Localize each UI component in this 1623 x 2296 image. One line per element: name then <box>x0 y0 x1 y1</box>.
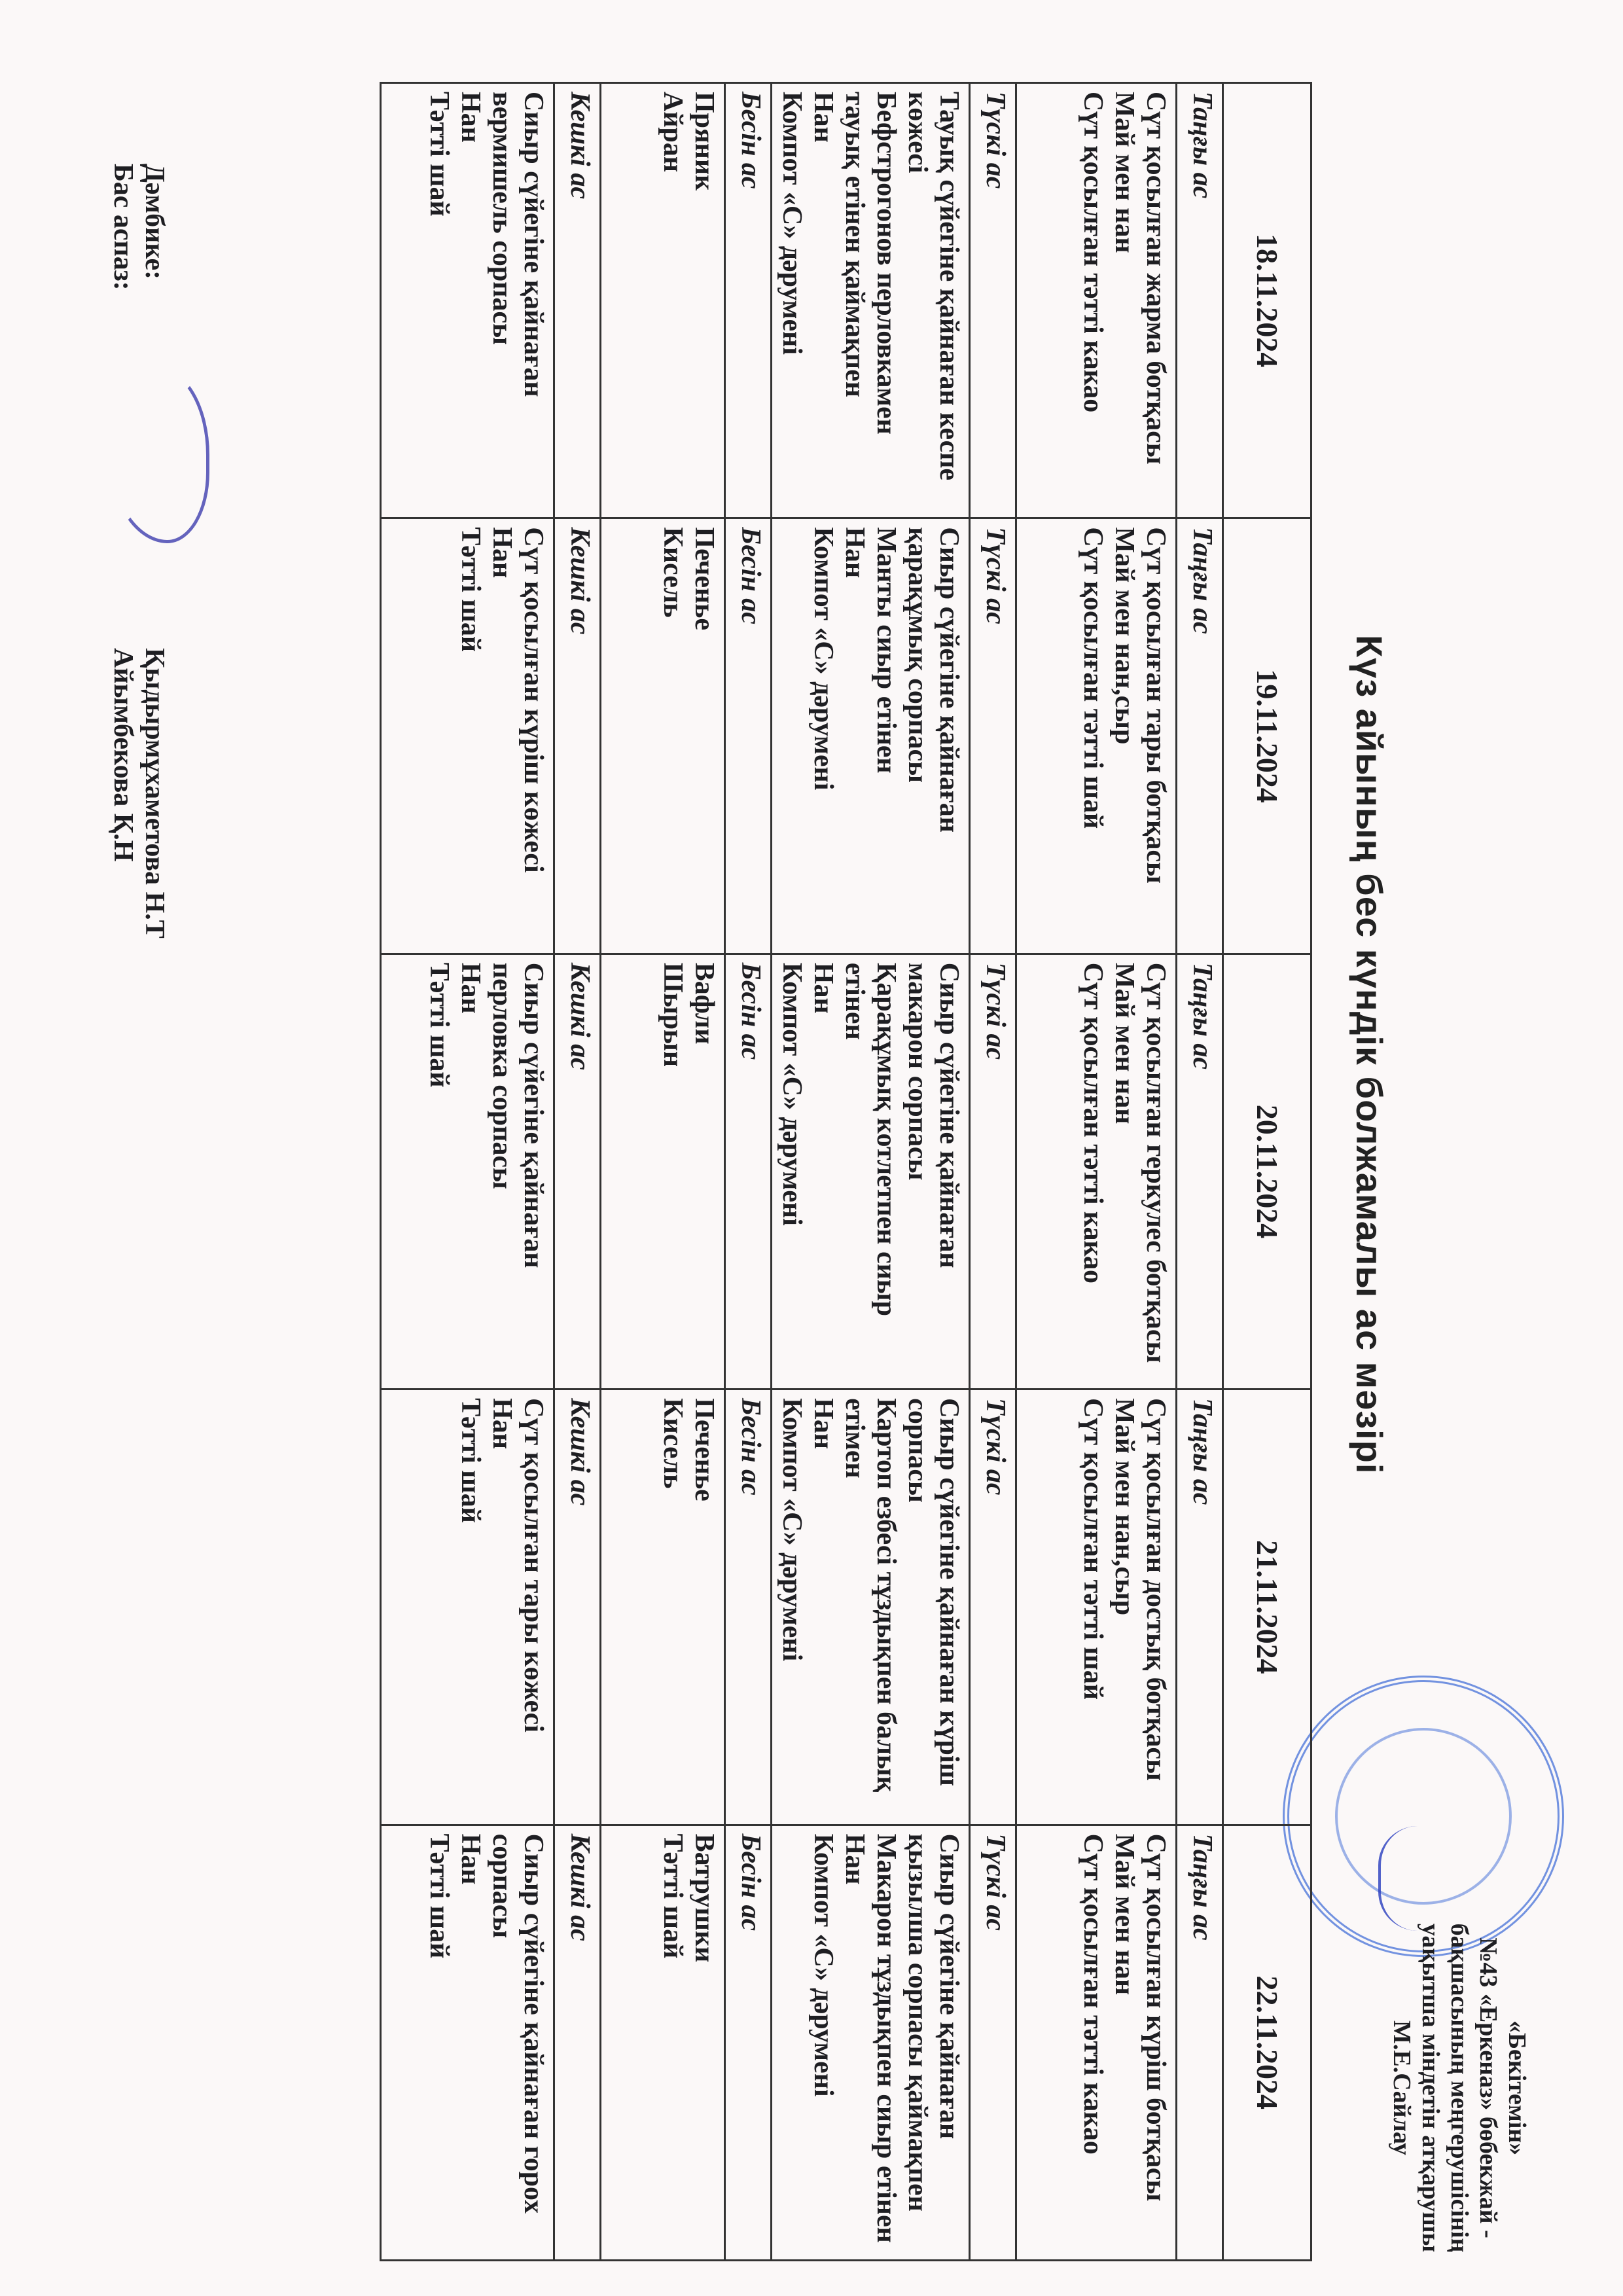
meal-label-lunch: Түскі ас <box>970 954 1016 1389</box>
menu-cell: Сиыр сүйегіне қайнаған күріш сорпасыКарт… <box>772 1390 970 1825</box>
menu-cell: Сиыр сүйегіне қайнаған қызылша сорпасы қ… <box>772 1825 970 2260</box>
dish-item: Сүт қосылған геркулес ботқасы <box>1140 963 1171 1380</box>
dish-item: Нан <box>486 1398 518 1816</box>
menu-cell: Сиыр сүйегіне қайнаған перловка сорпасыН… <box>381 954 554 1389</box>
menu-cell: ПряникАйран <box>601 83 725 518</box>
dish-item: Нан <box>808 963 839 1380</box>
dish-item: Тәтті шай <box>423 963 455 1380</box>
date-header: 21.11.2024 <box>1223 1390 1311 1825</box>
date-header: 20.11.2024 <box>1223 954 1311 1389</box>
dish-item: Сүт қосылған тәтті какао <box>1077 963 1109 1380</box>
menu-cell: Сүт қосылған тары ботқасыМай мен нан,сыр… <box>1016 518 1177 954</box>
dish-item: Айран <box>657 92 688 509</box>
meal-label-snack: Бесін ас <box>725 1825 772 2260</box>
dish-item: Тәтті шай <box>455 1398 486 1816</box>
dish-item: Компот «С» дәрумені <box>808 1834 839 2251</box>
dish-item: Кисель <box>657 527 688 944</box>
menu-cell: Сүт қосылған тары көжесіНанТәтті шай <box>381 1390 554 1825</box>
breakfast-items-row: Сүт қосылған жарма ботқасыМай мен нанСүт… <box>1016 83 1177 2261</box>
approval-line: «Бекітемін» <box>1503 1885 1531 2291</box>
dish-item: Компот «С» дәрумені <box>776 92 808 509</box>
dish-item: Тәтті шай <box>423 1834 455 2251</box>
dinner-items-row: Сиыр сүйегіне қайнаған вермишель сорпасы… <box>381 83 554 2261</box>
snack-label-row: Бесін асБесін асБесін асБесін асБесін ас <box>725 83 772 2261</box>
meal-label-breakfast: Таңғы ас <box>1177 1390 1223 1825</box>
menu-cell: Сүт қосылған күріш көжесіНанТәтті шай <box>381 518 554 954</box>
dish-item: Сүт қосылған достық ботқасы <box>1140 1398 1171 1816</box>
dish-item: Сүт қосылған күріш көжесі <box>518 527 549 944</box>
dish-item: Сүт қосылған тары ботқасы <box>1140 527 1171 944</box>
menu-cell: ВафлиШырын <box>601 954 725 1389</box>
dish-item: Вафли <box>688 963 720 1380</box>
dinner-label-row: Кешкі асКешкі асКешкі асКешкі асКешкі ас <box>554 83 601 2261</box>
menu-body: Таңғы асТаңғы асТаңғы асТаңғы асТаңғы ас… <box>381 83 1223 2261</box>
dish-item: Компот «С» дәрумені <box>808 527 839 944</box>
dish-item: Макарон тұздықпен сиыр етінен <box>870 1834 902 2251</box>
dish-item: Печенье <box>688 527 720 944</box>
snack-items-row: ПряникАйранПеченьеКисельВафлиШырынПечень… <box>601 83 725 2261</box>
dish-item: Тәтті шай <box>455 527 486 944</box>
approval-line: бақшасының меңгерушісінің <box>1445 1885 1474 2291</box>
menu-cell: ВатрушкиТәтті шай <box>601 1825 725 2260</box>
dish-item: Май мен нан <box>1109 1834 1140 2251</box>
meal-label-breakfast: Таңғы ас <box>1177 954 1223 1389</box>
breakfast-label-row: Таңғы асТаңғы асТаңғы асТаңғы асТаңғы ас <box>1177 83 1223 2261</box>
dish-item: Май мен нан <box>1109 92 1140 509</box>
dish-item: Сүт қосылған тары көжесі <box>518 1398 549 1816</box>
dish-item: Сиыр сүйегіне қайнаған горох сорпасы <box>486 1834 549 2251</box>
meal-label-breakfast: Таңғы ас <box>1177 518 1223 954</box>
dish-item: Тауық сүйегіне қайнаған кеспе көжесі <box>902 92 965 509</box>
signatory-name: Қыдырмұхаметова Н.Т <box>139 648 170 939</box>
dish-item: Сүт қосылған жарма ботқасы <box>1140 92 1171 509</box>
meal-label-dinner: Кешкі ас <box>554 1825 601 2260</box>
approval-line: уақытша міндетін атқарушы <box>1416 1885 1445 2291</box>
dish-item: Сиыр сүйегіне қайнаған қарақұмық сорпасы <box>902 527 965 944</box>
lunch-items-row: Тауық сүйегіне қайнаған кеспе көжесіБефс… <box>772 83 970 2261</box>
signatory-role: Дәмбике: <box>139 164 170 439</box>
meal-label-breakfast: Таңғы ас <box>1177 83 1223 518</box>
dish-item: Печенье <box>688 1398 720 1816</box>
meal-label-snack: Бесін ас <box>725 1390 772 1825</box>
date-header: 18.11.2024 <box>1223 83 1311 518</box>
meal-label-dinner: Кешкі ас <box>554 954 601 1389</box>
menu-cell: ПеченьеКисель <box>601 518 725 954</box>
menu-table: 18.11.2024 19.11.2024 20.11.2024 21.11.2… <box>380 82 1312 2261</box>
menu-cell: Сиыр сүйегіне қайнаған қарақұмық сорпасы… <box>772 518 970 954</box>
dish-item: Ватрушки <box>688 1834 720 2251</box>
approval-line: №43 «Еркеназ» бөбекжай - <box>1474 1885 1503 2291</box>
dish-item: Сүт қосылған тәтті шай <box>1077 1398 1109 1816</box>
meal-label-dinner: Кешкі ас <box>554 518 601 954</box>
dish-item: Картоп езбесі тұздықпен балық етімен <box>839 1398 902 1816</box>
menu-cell: Сиыр сүйегіне қайнаған макарон сорпасыҚа… <box>772 954 970 1389</box>
date-header-row: 18.11.2024 19.11.2024 20.11.2024 21.11.2… <box>1223 83 1311 2261</box>
dish-item: Компот «С» дәрумені <box>776 1398 808 1816</box>
dish-item: Нан <box>808 1398 839 1816</box>
menu-cell: Сиыр сүйегіне қайнаған горох сорпасыНанТ… <box>381 1825 554 2260</box>
dish-item: Сүт қосылған күріш ботқасы <box>1140 1834 1171 2251</box>
dish-item: Манты сиыр етінен <box>870 527 902 944</box>
menu-sheet: Күз айының бес күндік болжамалы ас мәзір… <box>0 0 1623 2296</box>
dish-item: Қарақұмық котлетпен сиыр етінен <box>839 963 902 1380</box>
dish-item: Сүт қосылған тәтті шай <box>1077 527 1109 944</box>
meal-label-snack: Бесін ас <box>725 954 772 1389</box>
dish-item: Тәтті шай <box>657 1834 688 2251</box>
meal-label-lunch: Түскі ас <box>970 1390 1016 1825</box>
dish-item: Нан <box>455 963 486 1380</box>
meal-label-snack: Бесін ас <box>725 518 772 954</box>
menu-cell: Сүт қосылған жарма ботқасыМай мен нанСүт… <box>1016 83 1177 518</box>
meal-label-dinner: Кешкі ас <box>554 83 601 518</box>
dish-item: Кисель <box>657 1398 688 1816</box>
dish-item: Сүт қосылған тәтті какао <box>1077 1834 1109 2251</box>
menu-cell: Сүт қосылған күріш ботқасыМай мен нанСүт… <box>1016 1825 1177 2260</box>
menu-cell: ПеченьеКисель <box>601 1390 725 1825</box>
meal-label-dinner: Кешкі ас <box>554 1390 601 1825</box>
meal-label-lunch: Түскі ас <box>970 83 1016 518</box>
lunch-label-row: Түскі асТүскі асТүскі асТүскі асТүскі ас <box>970 83 1016 2261</box>
dish-item: Нан <box>486 527 518 944</box>
dish-item: Сиыр сүйегіне қайнаған макарон сорпасы <box>902 963 965 1380</box>
date-header: 19.11.2024 <box>1223 518 1311 954</box>
signatures: Дәмбике: Қыдырмұхаметова Н.Т Бас аспаз: … <box>107 164 170 939</box>
menu-cell: Тауық сүйегіне қайнаған кеспе көжесіБефс… <box>772 83 970 518</box>
signatory-name: Айымбекова Қ.Н <box>107 648 139 861</box>
dish-item: Сиыр сүйегіне қайнаған қызылша сорпасы қ… <box>902 1834 965 2251</box>
signature-row: Дәмбике: Қыдырмұхаметова Н.Т <box>139 164 170 939</box>
dish-item: Нан <box>839 1834 870 2251</box>
signatory-role: Бас аспаз: <box>107 164 139 439</box>
date-header: 22.11.2024 <box>1223 1825 1311 2260</box>
dish-item: Сүт қосылған тәтті какао <box>1077 92 1109 509</box>
dish-item: Пряник <box>688 92 720 509</box>
dish-item: Май мен нан,сыр <box>1109 1398 1140 1816</box>
menu-cell: Сүт қосылған геркулес ботқасыМай мен нан… <box>1016 954 1177 1389</box>
dish-item: Май мен нан <box>1109 963 1140 1380</box>
dish-item: Нан <box>839 527 870 944</box>
dish-item: Нан <box>808 92 839 509</box>
dish-item: Сиыр сүйегіне қайнаған күріш сорпасы <box>902 1398 965 1816</box>
approver-name: М.Е.Сайлау <box>1387 1885 1416 2291</box>
approval-block: «Бекітемін» №43 «Еркеназ» бөбекжай - бақ… <box>1387 1885 1531 2291</box>
dish-item: Нан <box>455 92 486 509</box>
dish-item: Бефстрогонов перловкамен тауық етінен қа… <box>839 92 902 509</box>
meal-label-snack: Бесін ас <box>725 83 772 518</box>
menu-cell: Сүт қосылған достық ботқасыМай мен нан,с… <box>1016 1390 1177 1825</box>
meal-label-lunch: Түскі ас <box>970 1825 1016 2260</box>
meal-label-breakfast: Таңғы ас <box>1177 1825 1223 2260</box>
menu-cell: Сиыр сүйегіне қайнаған вермишель сорпасы… <box>381 83 554 518</box>
dish-item: Сиыр сүйегіне қайнаған вермишель сорпасы <box>486 92 549 509</box>
dish-item: Нан <box>455 1834 486 2251</box>
dish-item: Сиыр сүйегіне қайнаған перловка сорпасы <box>486 963 549 1380</box>
meal-label-lunch: Түскі ас <box>970 518 1016 954</box>
page-title: Күз айының бес күндік болжамалы ас мәзір… <box>1348 635 1391 1355</box>
dish-item: Шырын <box>657 963 688 1380</box>
signature-row: Бас аспаз: Айымбекова Қ.Н <box>107 164 139 939</box>
dish-item: Тәтті шай <box>423 92 455 509</box>
dish-item: Май мен нан,сыр <box>1109 527 1140 944</box>
dish-item: Компот «С» дәрумені <box>776 963 808 1380</box>
